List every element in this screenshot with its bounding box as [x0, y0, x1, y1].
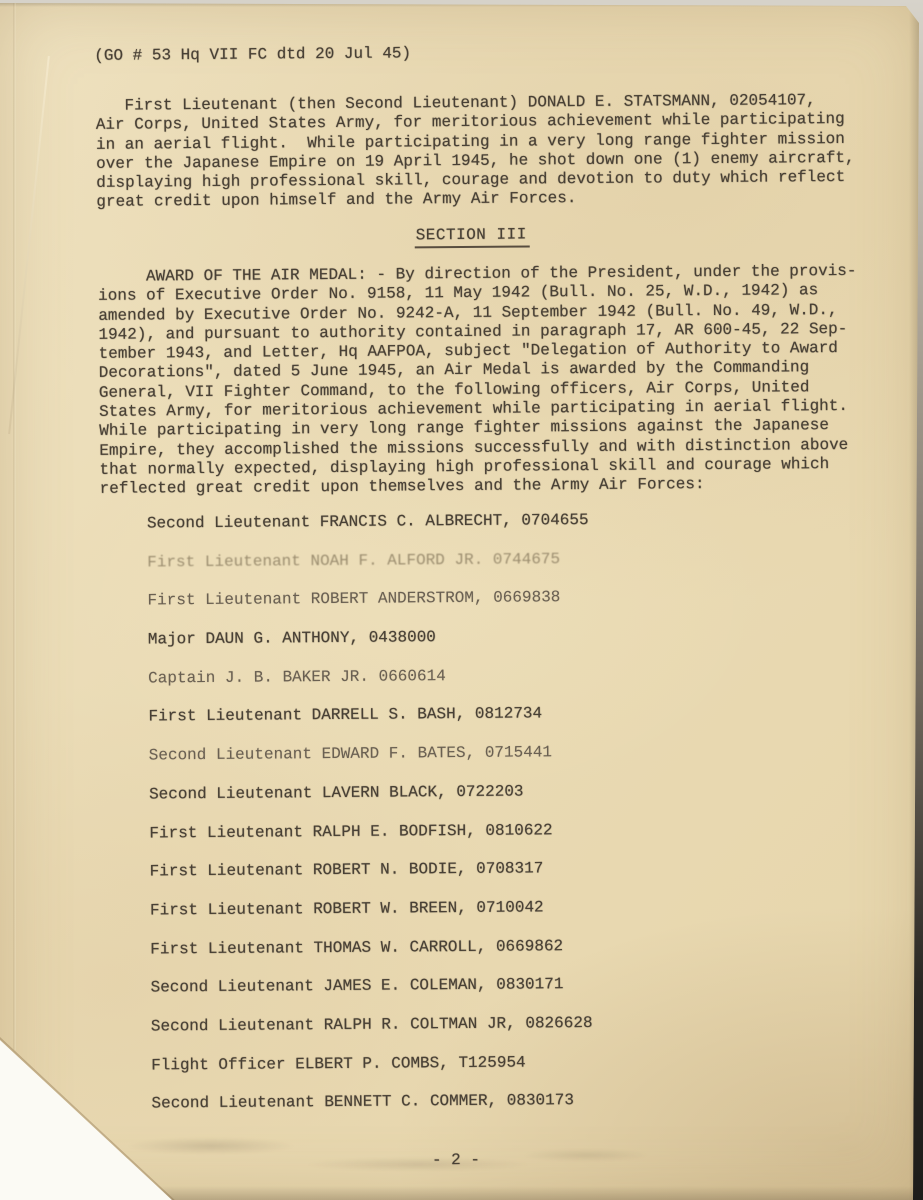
roster-entry: First Lieutenant DARRELL S. BASH, 081273…	[148, 704, 590, 727]
roster-entry: Second Lieutenant EDWARD F. BATES, 07154…	[149, 743, 591, 766]
roster-entry: Captain J. B. BAKER JR. 0660614	[148, 666, 590, 689]
roster-entry: First Lieutenant THOMAS W. CARROLL, 0669…	[150, 937, 592, 960]
section-heading: SECTION III	[415, 225, 530, 248]
page-number: - 2 -	[432, 1151, 480, 1171]
roster-entry: Major DAUN G. ANTHONY, 0438000	[148, 627, 590, 650]
roster-entry: Second Lieutenant LAVERN BLACK, 0722203	[149, 782, 591, 805]
roster-entry: First Lieutenant RALPH E. BODFISH, 08106…	[149, 820, 591, 843]
general-order-reference: (GO # 53 Hq VII FC dtd 20 Jul 45)	[94, 44, 411, 66]
roster-entry: First Lieutenant NOAH F. ALFORD JR. 0744…	[147, 550, 589, 573]
award-paragraph: AWARD OF THE AIR MEDAL: - By direction o…	[98, 262, 858, 500]
roster-entry: Second Lieutenant RALPH R. COLTMAN JR, 0…	[151, 1014, 593, 1037]
roster-entry: First Lieutenant ROBERT ANDERSTROM, 0669…	[147, 588, 589, 611]
document-page: (GO # 53 Hq VII FC dtd 20 Jul 45) First …	[0, 0, 923, 1200]
roster-entry: Second Lieutenant BENNETT C. COMMER, 083…	[151, 1091, 593, 1114]
typewritten-content: (GO # 53 Hq VII FC dtd 20 Jul 45) First …	[0, 0, 923, 1200]
roster-entry: Second Lieutenant JAMES E. COLEMAN, 0830…	[150, 975, 592, 998]
roster-entry: Second Lieutenant FRANCIS C. ALBRECHT, 0…	[147, 511, 589, 534]
citation-paragraph: First Lieutenant (then Second Lieutenant…	[96, 91, 855, 213]
roster-entry: Flight Officer ELBERT P. COMBS, T125954	[151, 1053, 593, 1076]
award-roster: Second Lieutenant FRANCIS C. ALBRECHT, 0…	[147, 511, 594, 1133]
roster-entry: First Lieutenant ROBERT N. BODIE, 070831…	[150, 859, 592, 882]
roster-entry: First Lieutenant ROBERT W. BREEN, 071004…	[150, 898, 592, 921]
